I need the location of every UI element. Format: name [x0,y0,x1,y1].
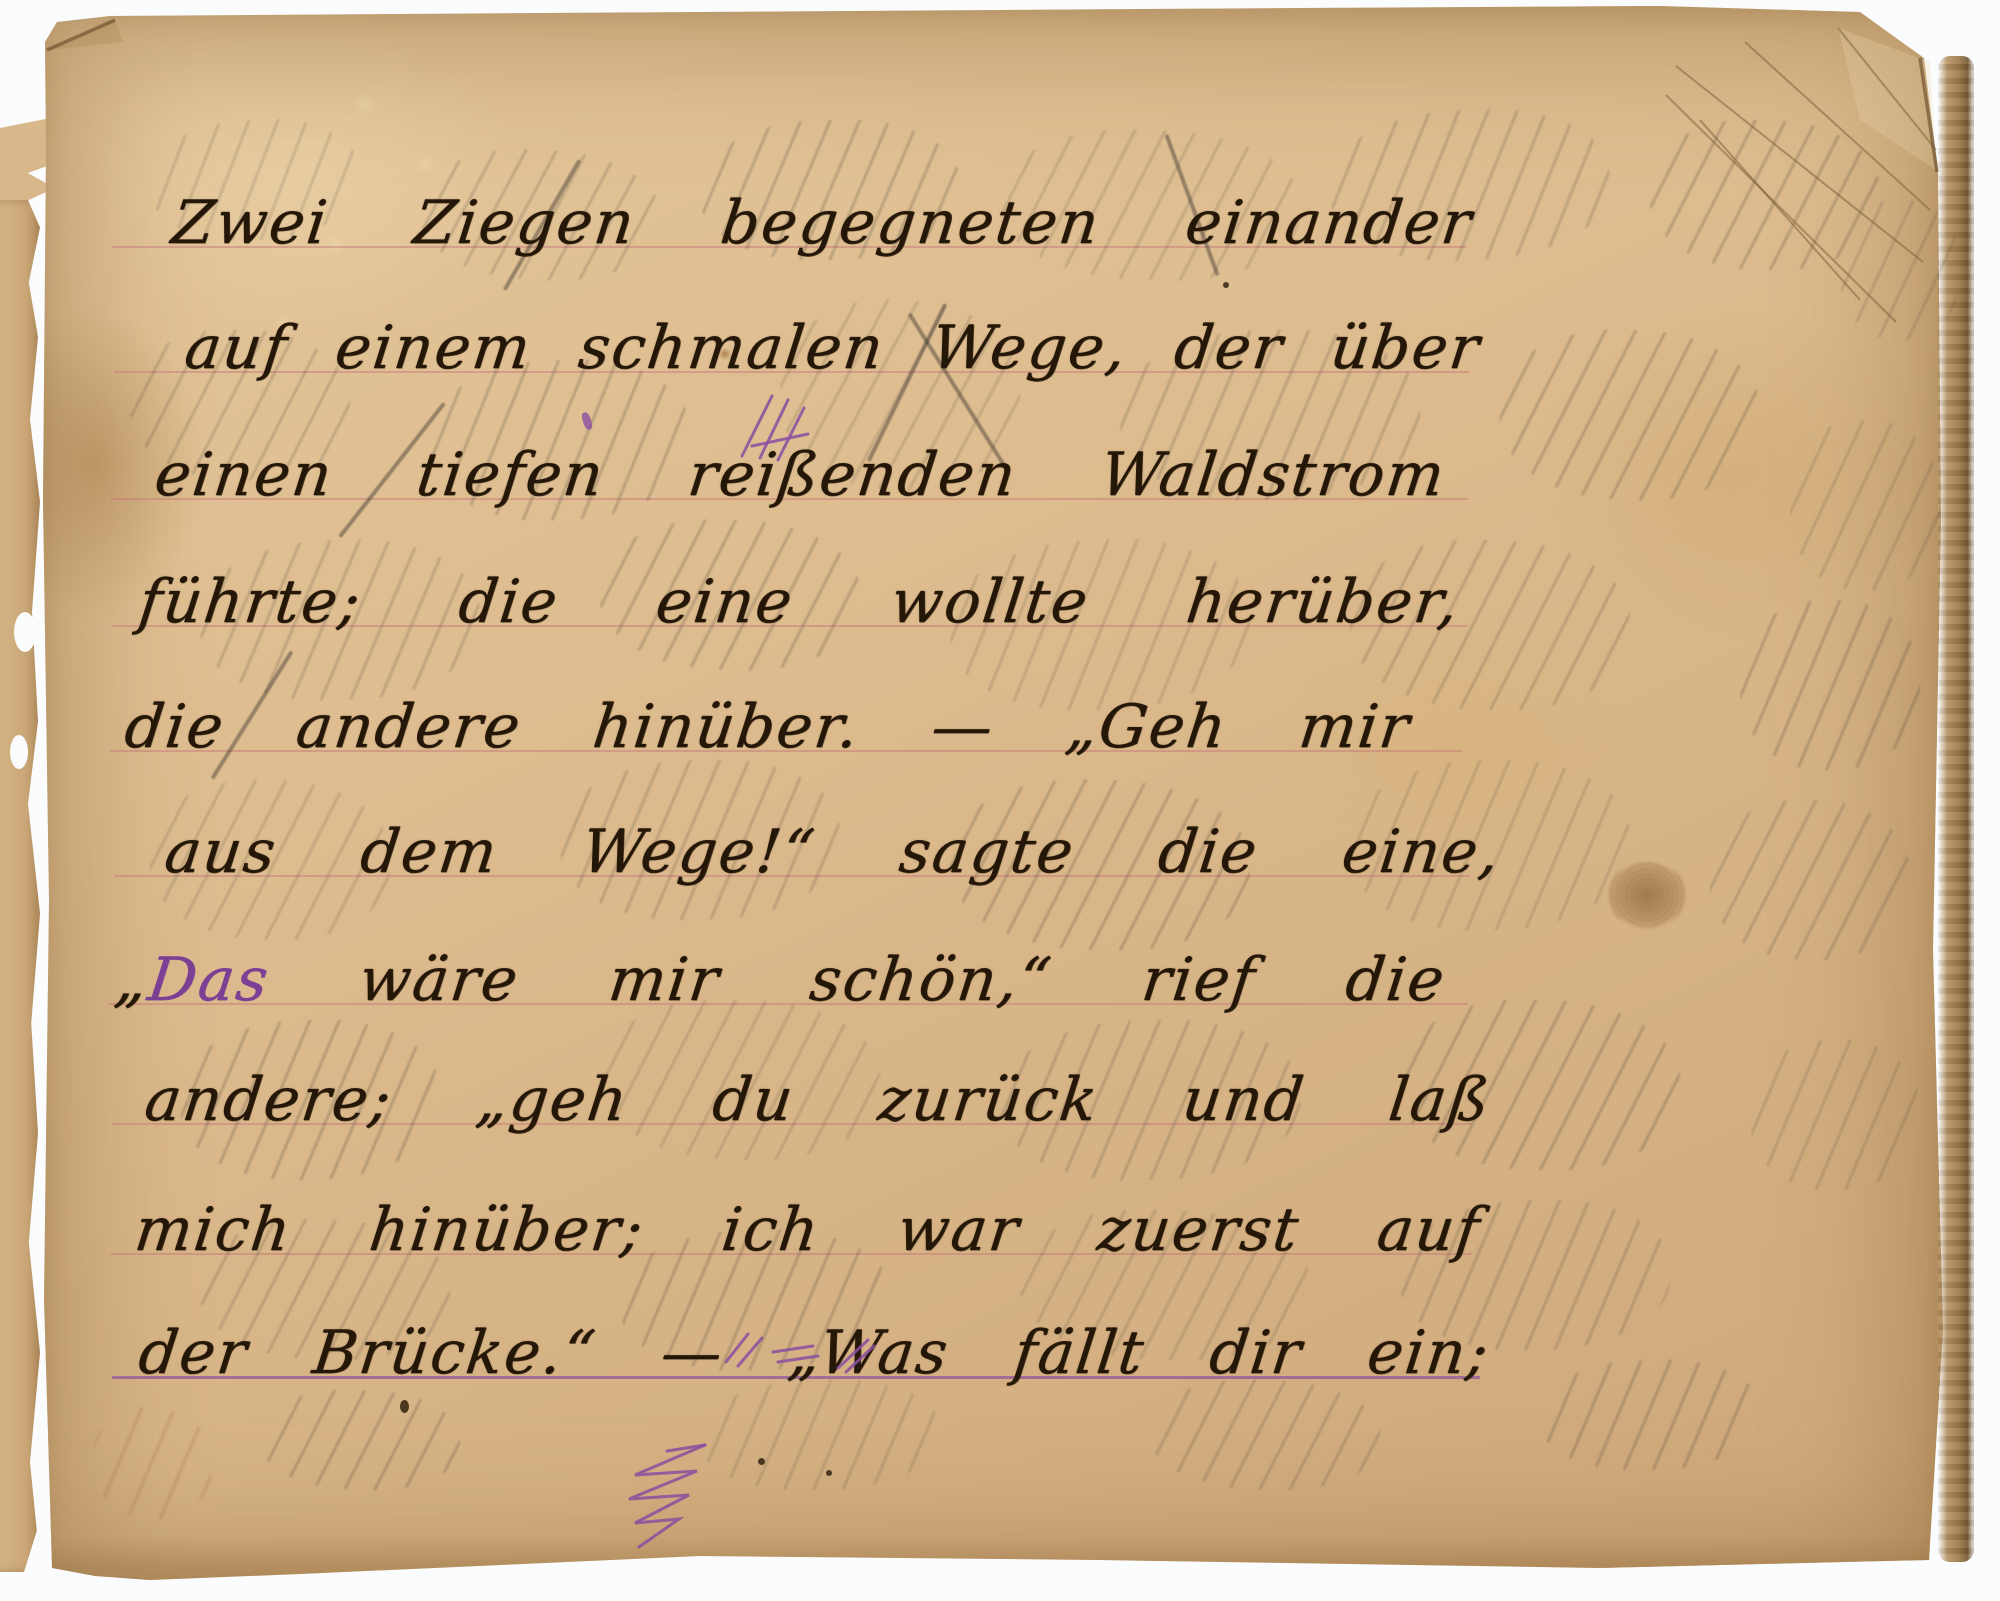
ghost-stroke-patch [1790,420,1940,590]
manuscript-scan: Zwei Ziegen begegneten einander auf eine… [0,0,2000,1601]
folded-corner-crease [35,8,145,68]
binding-hole [10,735,28,769]
ink-speck [1223,282,1229,288]
ink-fingerprint-smudge [1608,862,1686,928]
ghost-stroke-patch [1707,797,1912,964]
line-text: wäre mir schön,“ rief die [355,945,1449,1015]
handwriting-line: mich hinüber; ich war zuerst auf [128,1182,1486,1290]
handwriting-line: „Das wäre mir schön,“ rief die [108,932,1451,1040]
handwriting-line: führte; die eine wollte herüber, [132,554,1465,662]
purple-correction-scribble [728,378,848,468]
ink-speck [400,1400,409,1413]
handwriting-line: andere; „geh du zurück und laß [138,1052,1496,1160]
ink-speck [758,1458,765,1465]
purple-bottom-scribble [605,1435,735,1565]
torn-binding-stub [0,200,40,1572]
ghost-stroke-patch [1497,326,1763,505]
purple-correction-after-Bruecke [718,1322,908,1392]
handwriting-line: die andere hinüber. — „Geh mir [118,679,1416,787]
ghost-stroke-patch [1747,1037,1922,1193]
ghost-stroke-patch [1737,597,1923,773]
dog-ear-creases [1600,0,1960,350]
ink-speck [826,1470,832,1476]
purple-overwritten-word: Das [144,945,273,1015]
handwriting-line: aus dem Wege!“ sagte die eine, [158,804,1506,912]
binding-hole [14,612,36,652]
handwriting-line: Zwei Ziegen begegneten einander [165,175,1478,283]
